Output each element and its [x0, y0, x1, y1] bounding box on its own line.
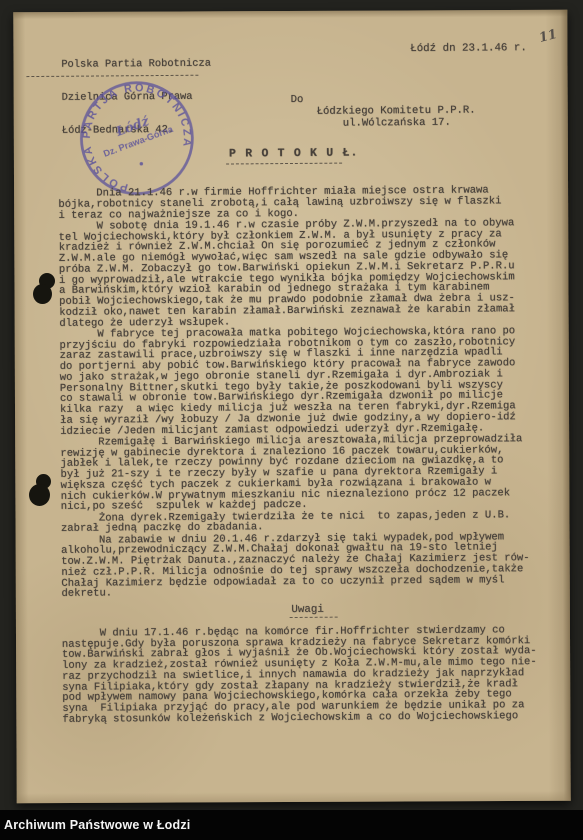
- notes-heading: Uwagi: [62, 603, 554, 618]
- notes-underline: [290, 616, 338, 617]
- recipient-street: ul.Wólczańska 17.: [343, 117, 476, 130]
- notes-paragraph: W dniu 17.1.46 r.będąc na komórce fir.Ho…: [62, 625, 559, 726]
- stamp-graphic: POLSKA PARTJA ROBOTNICZA Łódź Dz. Prawa-…: [72, 74, 201, 203]
- document-page: Polska Partia Robotnicza Dzielnica Górna…: [13, 10, 570, 803]
- recipient-block: Do Łódzkiego Komitetu P.P.R. ul.Wólczańs…: [291, 93, 476, 130]
- paragraph: Dnia 21.1.46 r.w firmie Hoffrichter miał…: [58, 185, 554, 221]
- handwritten-page-number: 11: [538, 27, 559, 46]
- ink-blot: [33, 273, 59, 307]
- stamp-dot: [140, 162, 143, 165]
- document-body: Dnia 21.1.46 r.w firmie Hoffrichter miał…: [58, 185, 558, 726]
- archive-bar-label: Archiwum Państwowe w Łodzi: [4, 818, 190, 832]
- sender-organization: Polska Partia Robotnicza: [61, 59, 211, 71]
- dateline: Łódź dn 23.1.46 r.: [410, 42, 527, 55]
- paragraph: W sobotę dnia 19.1.46 r.w czasie próby Z…: [59, 218, 556, 329]
- rubber-stamp-icon: POLSKA PARTJA ROBOTNICZA Łódź Dz. Prawa-…: [72, 74, 201, 203]
- ink-blot: [29, 474, 55, 510]
- scanned-document-view: Polska Partia Robotnicza Dzielnica Górna…: [0, 0, 583, 840]
- paragraph: Na zabawie w dniu 20.1.46 r.zdarzył się …: [61, 531, 557, 599]
- document-title: P R O T O K U Ł.: [229, 146, 359, 160]
- archive-bar: Archiwum Państwowe w Łodzi: [0, 810, 583, 840]
- page-content: Polska Partia Robotnicza Dzielnica Górna…: [12, 9, 572, 804]
- paragraph: W fabryce tej pracowała matka pobitego W…: [59, 326, 556, 437]
- recipient-committee: Łódzkiego Komitetu P.P.R.: [317, 105, 476, 118]
- title-underline: [226, 163, 342, 165]
- paragraph: Rzemigałę i Barwińskiego milicja areszto…: [60, 434, 557, 513]
